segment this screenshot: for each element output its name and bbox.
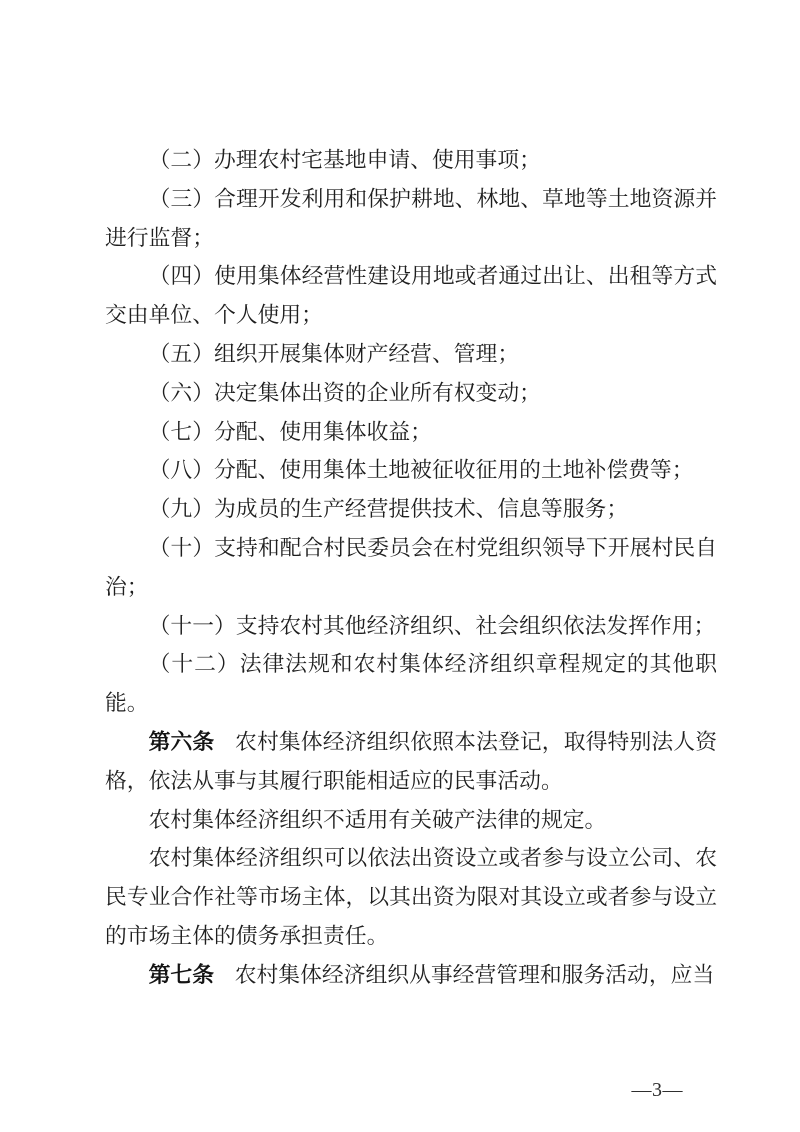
paragraph-text: （三）合理开发利用和保护耕地、林地、草地等土地资源并进行监督；: [105, 180, 717, 258]
paragraph-text: （十）支持和配合村民委员会在村党组织领导下开展村民自治；: [105, 529, 717, 607]
paragraph-text: 农村集体经济组织不适用有关破产法律的规定。: [105, 801, 717, 840]
paragraph-text: 农村集体经济组织可以依法出资设立或者参与设立公司、农民专业合作社等市场主体，以其…: [105, 839, 717, 955]
article-text: 农村集体经济组织从事经营管理和服务活动，应当: [235, 963, 715, 987]
paragraph-text: （十二）法律法规和农村集体经济组织章程规定的其他职能。: [105, 645, 717, 723]
paragraph-text: （八）分配、使用集体土地被征收征用的土地补偿费等；: [105, 451, 717, 490]
paragraph-text: （六）决定集体出资的企业所有权变动；: [105, 374, 717, 413]
paragraph-text: （二）办理农村宅基地申请、使用事项；: [105, 141, 717, 180]
paragraph-text: （九）为成员的生产经营提供技术、信息等服务；: [105, 490, 717, 529]
article-number: 第七条: [149, 962, 214, 987]
article-paragraph: 第六条农村集体经济组织依照本法登记，取得特别法人资格，依法从事与其履行职能相适应…: [105, 723, 717, 801]
article-paragraph: 第七条农村集体经济组织从事经营管理和服务活动，应当: [105, 956, 717, 995]
article-number: 第六条: [149, 729, 215, 754]
document-body: （二）办理农村宅基地申请、使用事项；（三）合理开发利用和保护耕地、林地、草地等土…: [105, 141, 717, 995]
page-number: —3—: [632, 1077, 684, 1103]
paragraph-text: （五）组织开展集体财产经营、管理；: [105, 335, 717, 374]
paragraph-text: （四）使用集体经营性建设用地或者通过出让、出租等方式交由单位、个人使用；: [105, 257, 717, 335]
paragraph-text: （十一）支持农村其他经济组织、社会组织依法发挥作用；: [105, 607, 717, 646]
document-page: （二）办理农村宅基地申请、使用事项；（三）合理开发利用和保护耕地、林地、草地等土…: [0, 0, 800, 1132]
paragraph-text: （七）分配、使用集体收益；: [105, 413, 717, 452]
